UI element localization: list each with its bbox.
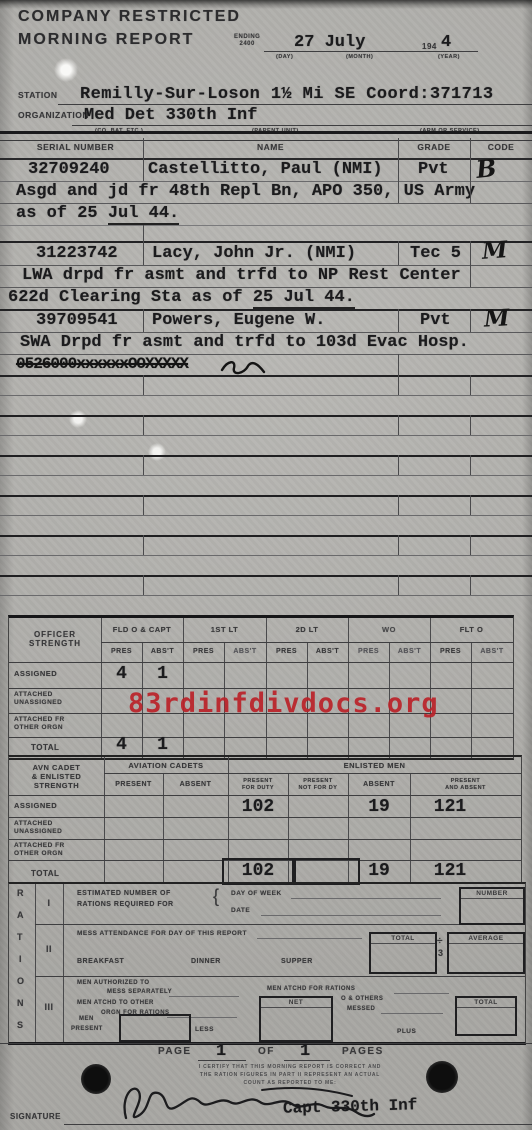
col-name: NAME [143, 142, 398, 152]
average-box: AVERAGE [447, 932, 525, 974]
row-total: TOTAL [31, 743, 59, 752]
men-atchd-to-other: MEN ATCHD TO OTHER [77, 1000, 154, 1006]
organization-label: ORGANIZATION [18, 110, 89, 120]
assigned-absent-value: 19 [348, 797, 410, 817]
empty-roster-row [0, 375, 532, 417]
abst-label: ABS'T [224, 648, 266, 655]
col-absent: ABSENT [163, 781, 228, 788]
station-label: STATION [18, 90, 58, 100]
watermark: 83rdinfdivdocs.org [128, 688, 439, 719]
assigned-pres-value: 4 [101, 664, 142, 684]
total-pres-value: 4 [101, 735, 142, 755]
handwritten-code: M [483, 304, 510, 332]
enlisted-strength-table: AVN CADET& ENLISTEDSTRENGTH AVIATION CAD… [8, 755, 522, 884]
row-attached-fr-other: ATTACHED FROTHER ORGN [14, 842, 65, 858]
roster-remark-row: LWA drpd fr asmt and trfd to NP Rest Cen… [0, 265, 532, 288]
group-fld-o-capt: FLD O & CAPT [101, 625, 183, 634]
rations-letter: S [17, 1020, 24, 1030]
pres-label: PRES [183, 648, 224, 655]
row-attached-fr-other: ATTACHED FROTHER ORGN [14, 716, 65, 732]
abst-label: ABS'T [142, 648, 183, 655]
roster-struck-row: 0526000xxxxxxOOXXXXX [0, 354, 532, 377]
remark-line: 622d Clearing Sta as of 25 Jul 44. [8, 288, 355, 307]
remark-line: SWA Drpd fr asmt and trfd to 103d Evac H… [20, 333, 469, 352]
day-label: (DAY) [276, 54, 293, 60]
roster-remark-row: as of 25 Jul 44. [0, 203, 532, 226]
pages-count: 1 [300, 1042, 310, 1061]
form-title: MORNING REPORT [18, 31, 194, 49]
men-present-box [119, 1014, 191, 1042]
brace: { [213, 886, 220, 907]
roster-remark-row: Asgd and jd fr 48th Repl Bn, APO 350, US… [0, 181, 532, 204]
year-prefix: 194 [422, 42, 437, 51]
roster-row: 39709541 Powers, Eugene W. Pvt M [0, 309, 532, 333]
officer-strength-title: OFFICERSTRENGTH [9, 630, 101, 648]
struck-text: 0526000xxxxxxOOXXXXX [16, 355, 188, 373]
punch-hole [81, 1064, 111, 1094]
handwritten-code: M [481, 236, 508, 265]
col-present: PRESENT [104, 781, 163, 788]
page-label: PAGE [158, 1046, 192, 1057]
row-assigned: ASSIGNED [14, 669, 57, 678]
row-total: TOTAL [31, 869, 59, 878]
estimated-line-1: ESTIMATED NUMBER OF [77, 890, 171, 897]
total-pa-value: 121 [410, 861, 490, 881]
group-flt-o: FLT O [430, 625, 513, 634]
name-value: Lacy, John Jr. (NMI) [152, 244, 356, 263]
roster-remark-row: SWA Drpd fr asmt and trfd to 103d Evac H… [0, 332, 532, 355]
grade-value: Pvt [418, 160, 449, 179]
serial-value: 31223742 [36, 244, 118, 263]
empty-roster-row [0, 535, 532, 577]
remark-line: Asgd and jd fr 48th Repl Bn, APO 350, US… [16, 182, 475, 201]
pres-label: PRES [430, 648, 471, 655]
report-date: 27 July [294, 33, 365, 52]
month-label: (MONTH) [346, 54, 373, 60]
col-em-absent: ABSENT [348, 781, 410, 788]
name-value: Powers, Eugene W. [152, 311, 325, 330]
group-2d-lt: 2D LT [266, 625, 348, 634]
hand-underline: 25 Jul 44. [253, 288, 355, 309]
pages-label: PAGES [342, 1046, 384, 1057]
roster-row: 31223742 Lacy, John Jr. (NMI) Tec 5 M [0, 241, 532, 266]
remark-line: as of 25 Jul 44. [16, 204, 179, 223]
signature-label: SIGNATURE [10, 1112, 61, 1121]
assigned-pa-value: 121 [410, 797, 490, 817]
rations-letter: A [17, 910, 24, 920]
divide-sign: ÷ [437, 936, 443, 947]
total-absent-value: 19 [348, 861, 410, 881]
o-and-others-label: O & OTHERS [341, 996, 383, 1002]
year-digit: 4 [441, 33, 451, 52]
empty-roster-row [0, 455, 532, 497]
abst-label: ABS'T [471, 648, 513, 655]
roster-remark-row: 622d Clearing Sta as of 25 Jul 44. [0, 287, 532, 311]
section-i-numeral: I [35, 898, 63, 908]
signer-rank-unit: Capt 330th Inf [283, 1096, 418, 1118]
men-present-label-2: PRESENT [71, 1026, 103, 1032]
col-serial-number: SERIAL NUMBER [8, 142, 143, 152]
group-enlisted-men: ENLISTED MEN [228, 761, 521, 770]
section-iii-numeral: III [35, 1002, 63, 1012]
hand-underline: Jul 44. [108, 204, 179, 225]
empty-roster-row [0, 575, 532, 615]
date-label: DATE [231, 907, 250, 914]
total-abst-value: 1 [142, 735, 183, 755]
grade-value: Pvt [420, 311, 451, 330]
abst-label: ABS'T [307, 648, 348, 655]
enlisted-strength-title: AVN CADET& ENLISTEDSTRENGTH [9, 763, 104, 790]
ending-label: ENDING 2400 [234, 34, 260, 48]
punch-hole [426, 1061, 458, 1093]
estimated-line-2: RATIONS REQUIRED FOR [77, 901, 174, 908]
assigned-abst-value: 1 [142, 664, 183, 684]
men-atchd-for-rations: MEN ATCHD FOR RATIONS [267, 986, 355, 992]
name-value: Castellitto, Paul (NMI) [148, 160, 383, 179]
station-value: Remilly-Sur-Loson 1½ Mi SE Coord:371713 [80, 85, 493, 104]
rations-letter: N [17, 998, 24, 1008]
organization-value: Med Det 330th Inf [84, 106, 257, 125]
rations-letter: I [19, 954, 22, 964]
group-aviation-cadets: AVIATION CADETS [104, 761, 228, 770]
of-label: OF [258, 1046, 275, 1057]
breakfast-label: BREAKFAST [77, 958, 124, 965]
group-1st-lt: 1ST LT [183, 625, 266, 634]
plus-label: PLUS [397, 1028, 416, 1035]
rations-section: R A T I O N S I II III ESTIMATED NUMBER … [8, 882, 526, 1045]
mess-attendance-heading: MESS ATTENDANCE FOR DAY OF THIS REPORT [77, 930, 247, 937]
less-label: LESS [195, 1026, 214, 1033]
serial-value: 32709240 [28, 160, 110, 179]
roster-row: 32709240 Castellitto, Paul (NMI) Pvt B [0, 158, 532, 182]
col-grade: GRADE [398, 142, 470, 152]
remark-line: LWA drpd fr asmt and trfd to NP Rest Cen… [22, 266, 461, 285]
page-number: 1 [216, 1042, 226, 1061]
roster-header-row: SERIAL NUMBER NAME GRADE CODE [0, 138, 532, 160]
messed-label: MESSED [347, 1006, 375, 1012]
dinner-label: DINNER [191, 958, 221, 965]
net-box: NET [259, 996, 333, 1042]
row-attached-unassigned: ATTACHEDUNASSIGNED [14, 691, 62, 707]
assigned-pfd-value: 102 [228, 797, 288, 817]
col-present-not-for-dy: PRESENTNOT FOR DY [288, 778, 348, 792]
grade-value: Tec 5 [410, 244, 461, 263]
rations-letter: T [17, 932, 23, 942]
supper-label: SUPPER [281, 958, 313, 965]
total-box: TOTAL [369, 932, 437, 974]
morning-report-document: COMPANY RESTRICTED MORNING REPORT ENDING… [0, 0, 532, 1130]
rations-letter: R [17, 888, 24, 898]
pres-label: PRES [348, 648, 389, 655]
row-assigned: ASSIGNED [14, 801, 57, 810]
handwritten-code: B [475, 153, 498, 184]
restricted-stamp: COMPANY RESTRICTED [18, 8, 241, 26]
total-box-iii: TOTAL [455, 996, 517, 1036]
men-present-label-1: MEN [79, 1016, 94, 1022]
serial-value: 39709541 [36, 311, 118, 330]
divisor: 3 [438, 948, 444, 958]
rations-letter: O [17, 976, 25, 986]
col-present-for-duty: PRESENTFOR DUTY [228, 778, 288, 792]
col-code: CODE [470, 142, 532, 152]
mess-separately-line: MESS SEPARATELY [107, 989, 172, 995]
group-wo: WO [348, 625, 430, 634]
col-present-and-absent: PRESENTAND ABSENT [410, 778, 521, 792]
year-label: (YEAR) [438, 54, 460, 60]
empty-roster-row [0, 415, 532, 457]
day-of-week-label: DAY OF WEEK [231, 890, 282, 897]
pres-label: PRES [266, 648, 307, 655]
pres-label: PRES [101, 648, 142, 655]
empty-roster-row [0, 495, 532, 537]
total-pfd-value: 102 [228, 861, 288, 881]
abst-label: ABS'T [389, 648, 430, 655]
men-authorized-line: MEN AUTHORIZED TO [77, 980, 150, 986]
section-ii-numeral: II [35, 944, 63, 954]
number-box: NUMBER [459, 887, 525, 925]
row-attached-unassigned: ATTACHEDUNASSIGNED [14, 820, 62, 836]
